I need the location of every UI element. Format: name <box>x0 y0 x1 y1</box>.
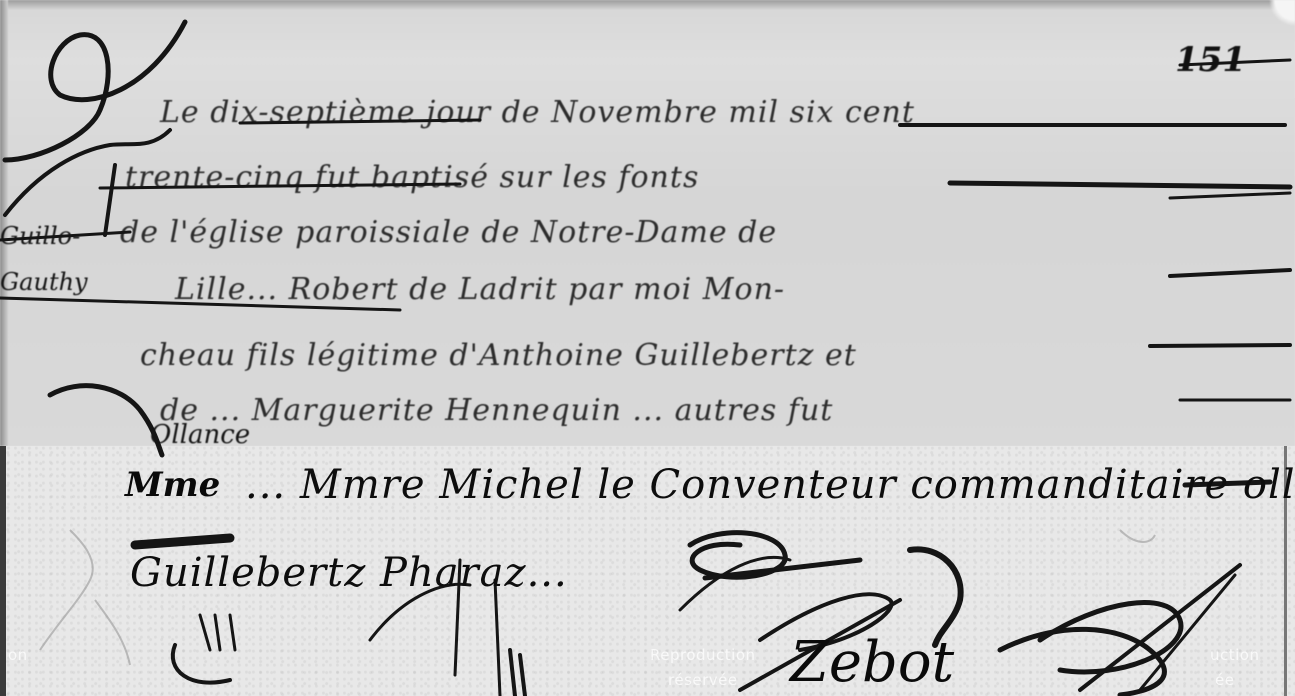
entry-line-2: trente-cinq fut baptisé sur les fonts <box>125 160 699 195</box>
watermark-center-line2: réservée <box>668 671 738 689</box>
entry-line-5: cheau fils légitime d'Anthoine Guilleber… <box>140 338 857 373</box>
margin-note-3: Ollance <box>150 420 250 450</box>
entry-line-8: Guillebertz Pharaz... <box>130 550 568 596</box>
entry-line-7: ... Mmre Michel le Conventeur commandita… <box>245 462 1295 508</box>
margin-note-1: Guillo- <box>0 222 80 250</box>
entry-line-3: de l'église paroissiale de Notre-Dame de <box>120 215 777 250</box>
watermark-left: on <box>8 646 28 664</box>
manuscript-page: 151 Le dix-septième jour de Novembre mil… <box>0 0 1295 696</box>
entry-line-4: Lille... Robert de Ladrit par moi Mon- <box>175 272 785 307</box>
watermark-right-line1: uction <box>1210 646 1260 664</box>
margin-note-2: Gauthy <box>0 268 88 296</box>
margin-note-4: Mme <box>125 465 220 505</box>
watermark-right-line2: ée <box>1215 671 1234 689</box>
signature-zebot: Zebot <box>790 630 954 695</box>
entry-line-6: de ... Marguerite Hennequin ... autres f… <box>160 393 833 428</box>
watermark-center-line1: Reproduction <box>650 646 756 664</box>
entry-line-1: Le dix-septième jour de Novembre mil six… <box>160 95 915 130</box>
folio-number: 151 <box>1175 40 1246 80</box>
